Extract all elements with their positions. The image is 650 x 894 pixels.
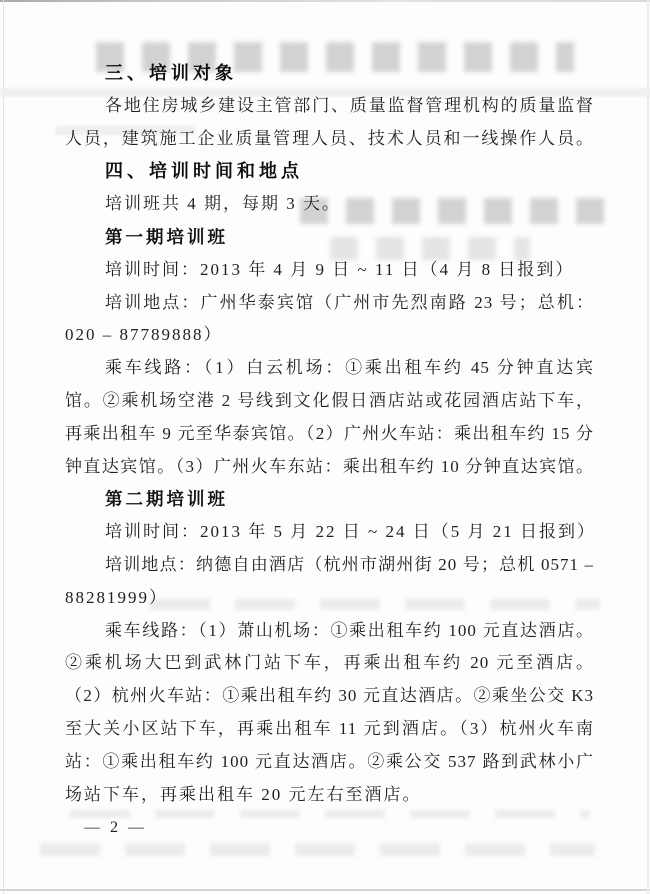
text-line: （2）杭州火车站：①乘出租车约 30 元直达酒店。②乘坐公交 K3 <box>65 680 594 713</box>
text-line: 乘车线路：（1）白云机场：①乘出租车约 45 分钟直达宾 <box>65 352 594 385</box>
scan-edge-right <box>647 0 649 894</box>
text-line: 馆。②乘机场空港 2 号线到文化假日酒店站或花园酒店站下车， <box>65 385 594 418</box>
text-line: 再乘出租车 9 元至华泰宾馆。（2）广州火车站：乘出租车约 15 分 <box>65 418 594 451</box>
bleedthrough-smudge <box>40 843 595 856</box>
scanned-document-page: 三、培训对象各地住房城乡建设主管部门、质量监督管理机构的质量监督人员，建筑施工企… <box>0 0 650 894</box>
page-number: — 2 — <box>84 819 147 837</box>
text-line: 培训时间：2013 年 5 月 22 日 ~ 24 日（5 月 21 日报到） <box>65 516 594 549</box>
text-line: 人员，建筑施工企业质量管理人员、技术人员和一线操作人员。 <box>65 123 594 156</box>
text-line: 培训地点：纳德自由酒店（杭州市湖州街 20 号；总机 0571 – <box>65 549 594 582</box>
text-line: 培训班共 4 期，每期 3 天。 <box>65 188 594 221</box>
text-line: 020 – 87789888） <box>65 319 594 352</box>
scan-edge-left <box>3 0 4 894</box>
session-heading: 第一期培训班 <box>65 221 594 254</box>
text-line: 钟直达宾馆。（3）广州火车东站：乘出租车约 10 分钟直达宾馆。 <box>65 451 594 484</box>
text-line: ②乘机场大巴到武林门站下车，再乘出租车约 20 元至酒店。 <box>65 647 594 680</box>
text-line: 至大关小区站下车，再乘出租车 11 元到酒店。（3）杭州火车南 <box>65 713 594 746</box>
scan-edge-top <box>0 0 650 2</box>
text-line: 培训地点：广州华泰宾馆（广州市先烈南路 23 号；总机： <box>65 287 594 320</box>
document-lines: 三、培训对象各地住房城乡建设主管部门、质量监督管理机构的质量监督人员，建筑施工企… <box>65 57 594 811</box>
text-line: 乘车线路：（1）萧山机场：①乘出租车约 100 元直达酒店。 <box>65 615 594 648</box>
section-heading: 三、培训对象 <box>65 57 594 90</box>
scan-edge-bottom <box>0 889 650 891</box>
text-line: 培训时间：2013 年 4 月 9 日 ~ 11 日（4 月 8 日报到） <box>65 254 594 287</box>
text-line: 场站下车，再乘出租车 20 元左右至酒店。 <box>65 779 594 812</box>
text-line: 站：①乘出租车约 100 元直达酒店。②乘公交 537 路到武林小广 <box>65 746 594 779</box>
session-heading: 第二期培训班 <box>65 483 594 516</box>
text-line: 88281999） <box>65 582 594 615</box>
section-heading: 四、培训时间和地点 <box>65 155 594 188</box>
text-line: 各地住房城乡建设主管部门、质量监督管理机构的质量监督 <box>65 90 594 123</box>
